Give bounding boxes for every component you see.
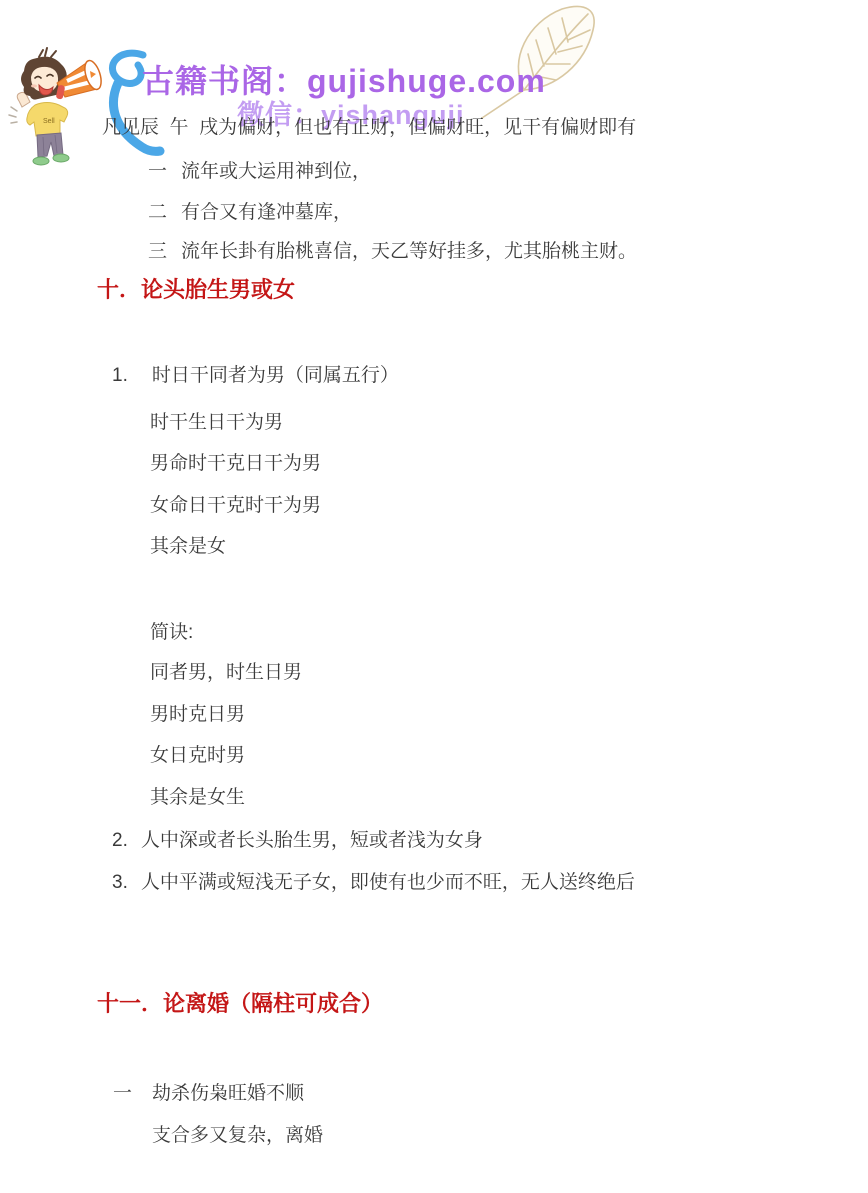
mascot-pants (37, 133, 63, 157)
section11-item-1: 一 劫杀伤枭旺婚不顺 (113, 1082, 304, 1105)
condition-text: 流年或大运用神到位， (181, 160, 371, 183)
item-text: 人中深或者长头胎生男，短或者浅为女身 (141, 829, 483, 852)
condition-text: 有合又有逢冲墓库， (181, 201, 352, 224)
section10-item-1: 1. 时日干同者为男（同属五行） (112, 364, 399, 387)
condition-item-1: 一 流年或大运用神到位， (148, 160, 371, 183)
condition-marker: 一 (148, 160, 167, 183)
item-number: 1. (112, 364, 128, 387)
item-number: 3. (112, 871, 128, 894)
formula-line-1: 同者男，时生日男 (150, 661, 302, 684)
section11-item-1-sub: 支合多又复杂，离婚 (152, 1124, 323, 1147)
condition-marker: 二 (148, 201, 167, 224)
formula-line-2: 男时克日男 (150, 703, 245, 726)
rule-line-2: 男命时干克日干为男 (150, 452, 321, 475)
item-text: 时日干同者为男（同属五行） (152, 364, 399, 387)
section10-item-2: 2. 人中深或者长头胎生男，短或者浅为女身 (112, 829, 483, 852)
formula-line-4: 其余是女生 (150, 786, 245, 809)
motion-lines-icon (9, 107, 17, 123)
intro-paragraph: 凡见辰 午 戌为偏财，但也有正财，但偏财旺，见干有偏财即有 (102, 116, 636, 139)
section-10-title: 十．论头胎生男或女 (97, 277, 295, 303)
condition-marker: 三 (148, 240, 167, 263)
item-marker: 一 (113, 1082, 132, 1105)
section10-item-3: 3. 人中平满或短浅无子女，即使有也少而不旺，无人送终绝后 (112, 871, 635, 894)
item-number: 2. (112, 829, 128, 852)
rule-line-3: 女命日干克时干为男 (150, 494, 321, 517)
formula-label: 简诀: (150, 621, 193, 644)
rule-line-4: 其余是女 (150, 535, 226, 558)
item-text: 人中平满或短浅无子女，即使有也少而不旺，无人送终绝后 (141, 871, 635, 894)
mascot-shoe (53, 154, 69, 162)
condition-item-2: 二 有合又有逢冲墓库， (148, 201, 352, 224)
rule-line-1: 时干生日干为男 (150, 411, 283, 434)
condition-text: 流年长卦有胎桃喜信，天乙等好挂多，尤其胎桃主财。 (181, 240, 637, 263)
mascot-shoe (33, 157, 49, 165)
document-page: Sell 古籍书阁：gujishuge.com 微信：yishanguji 凡见… (0, 0, 868, 1193)
formula-line-3: 女日克时男 (150, 744, 245, 767)
condition-item-3: 三 流年长卦有胎桃喜信，天乙等好挂多，尤其胎桃主财。 (148, 240, 637, 263)
mascot-shirt-label: Sell (43, 118, 55, 125)
mascot-face (31, 67, 58, 92)
item-text: 劫杀伤枭旺婚不顺 (152, 1082, 304, 1105)
section-11-title: 十一．论离婚（隔柱可成合） (97, 991, 383, 1017)
